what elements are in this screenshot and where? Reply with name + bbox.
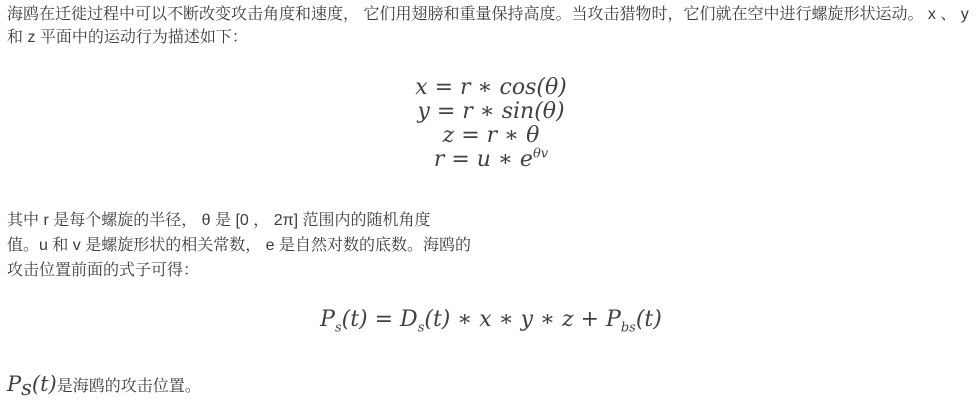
params-line-1: 其中 r 是每个螺旋的半径， θ 是 [0 ， 2π] 范围内的随机角度	[7, 208, 975, 233]
spiral-formula-block: x = r ∗ cos(θ) y = r ∗ sin(θ) z = r ∗ θ …	[7, 76, 975, 172]
params-line-3: 攻击位置前面的式子可得：	[7, 258, 975, 283]
footer-math-tail: (t)	[32, 372, 57, 396]
article-body: 海鸥在迁徙过程中可以不断改变攻击角度和速度， 它们用翅膀和重量保持高度。当攻击猎…	[0, 0, 978, 414]
formula-r-exponent: θv	[533, 147, 548, 162]
intro-paragraph: 海鸥在迁徙过程中可以不断改变攻击角度和速度， 它们用翅膀和重量保持高度。当攻击猎…	[7, 3, 975, 49]
attack-position-formula: Ps(t) = Ds(t) ∗ x ∗ y ∗ z + Pbs(t)	[7, 306, 975, 334]
attack-formula-subscript: bs	[621, 320, 636, 335]
attack-formula-part: P	[320, 307, 335, 332]
intro-line-1: 海鸥在迁徙过程中可以不断改变攻击角度和速度， 它们用翅膀和重量保持高度。当攻击猎…	[7, 3, 975, 26]
footer-math-base: P	[7, 372, 21, 396]
attack-formula-part: (t) ∗ x ∗ y ∗ z + P	[424, 307, 620, 332]
attack-formula-part: (t)	[636, 307, 662, 332]
formula-r-base: r = u ∗ e	[434, 147, 533, 172]
attack-formula-part: (t) = D	[342, 307, 418, 332]
footer-math-subscript: s	[21, 376, 32, 400]
formula-y: y = r ∗ sin(θ)	[7, 100, 975, 124]
footer-note: Ps(t)是海鸥的攻击位置。	[7, 372, 975, 399]
footer-text: 是海鸥的攻击位置。	[57, 378, 201, 395]
params-line-2: 值。u 和 v 是螺旋形状的相关常数， e 是自然对数的底数。海鸥的	[7, 233, 975, 258]
formula-x: x = r ∗ cos(θ)	[7, 76, 975, 100]
formula-z: z = r ∗ θ	[7, 124, 975, 148]
intro-line-2: 和 z 平面中的运动行为描述如下：	[7, 26, 975, 49]
params-paragraph: 其中 r 是每个螺旋的半径， θ 是 [0 ， 2π] 范围内的随机角度 值。u…	[7, 208, 975, 283]
attack-formula-subscript: s	[335, 320, 342, 335]
formula-r: r = u ∗ eθv	[7, 148, 975, 172]
